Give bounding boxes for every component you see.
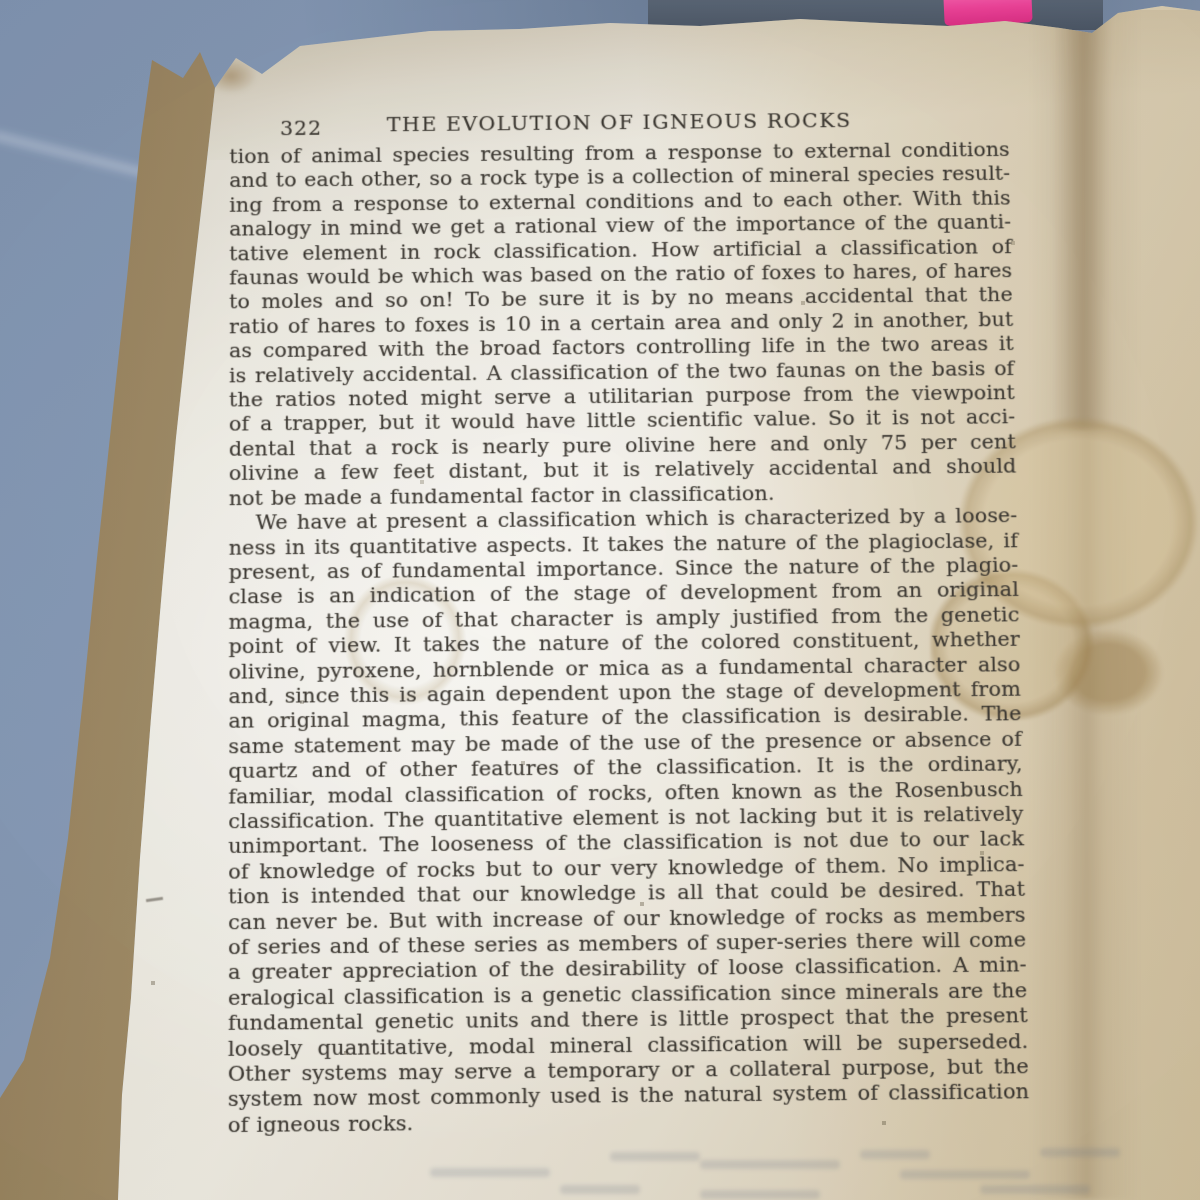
show-through-blob — [700, 1190, 820, 1199]
show-through-blob — [860, 1150, 930, 1159]
show-through-blob — [900, 1170, 1030, 1179]
show-through-text — [400, 1140, 1160, 1200]
crease-shadow-upper — [1052, 0, 1112, 430]
paragraph: We have at present a classification whic… — [228, 504, 1030, 1139]
show-through-blob — [1040, 1148, 1120, 1157]
pink-sticky-tab — [943, 0, 1032, 26]
show-through-blob — [700, 1160, 840, 1169]
paragraph: tion of animal species resulting from a … — [229, 138, 1017, 511]
book-photo: 322 THE EVOLUTION OF IGNEOUS ROCKS tion … — [0, 0, 1200, 1200]
text-block: 322 THE EVOLUTION OF IGNEOUS ROCKS tion … — [228, 107, 1030, 1138]
show-through-blob — [980, 1185, 1090, 1194]
show-through-blob — [560, 1185, 640, 1194]
page-number: 322 — [280, 117, 322, 140]
show-through-blob — [430, 1168, 550, 1177]
show-through-blob — [610, 1152, 700, 1161]
